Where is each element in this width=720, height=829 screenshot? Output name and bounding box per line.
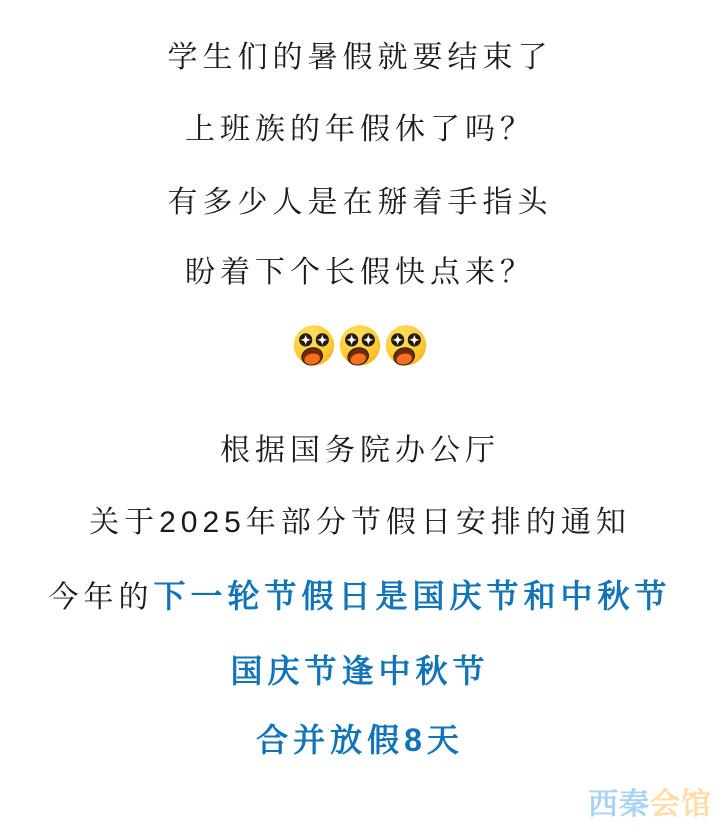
watermark-text-orange: 会馆 bbox=[650, 788, 712, 821]
watermark-text-blue: 西秦 bbox=[588, 788, 650, 821]
article-line-4: 盼着下个长假快点来？ bbox=[0, 254, 720, 292]
article-line-2: 上班族的年假休了吗？ bbox=[0, 111, 720, 149]
article-line-3: 有多少人是在掰着手指头 bbox=[0, 184, 720, 222]
wow-emoji-row bbox=[0, 324, 720, 372]
article-line-1: 学生们的暑假就要结束了 bbox=[0, 39, 720, 77]
article-line-basis-2: 关于2025年部分节假日安排的通知 bbox=[0, 504, 720, 542]
article-line-basis-1: 根据国务院办公厅 bbox=[0, 432, 720, 470]
watermark: 西秦会馆 bbox=[588, 779, 712, 823]
wow-face-emoji-icon bbox=[338, 324, 382, 368]
announcement-prefix: 今年的 bbox=[48, 581, 153, 614]
wow-face-emoji-icon bbox=[384, 324, 428, 368]
article-line-highlight-1: 国庆节逢中秋节 bbox=[0, 651, 720, 691]
announcement-highlight: 下一轮节假日是国庆节和中秋节 bbox=[153, 578, 671, 614]
article-page: 学生们的暑假就要结束了 上班族的年假休了吗？ 有多少人是在掰着手指头 盼着下个长… bbox=[0, 0, 720, 829]
article-line-highlight-2: 合并放假8天 bbox=[0, 720, 720, 760]
wow-face-emoji-icon bbox=[292, 324, 336, 368]
article-line-announcement: 今年的下一轮节假日是国庆节和中秋节 bbox=[0, 576, 720, 618]
